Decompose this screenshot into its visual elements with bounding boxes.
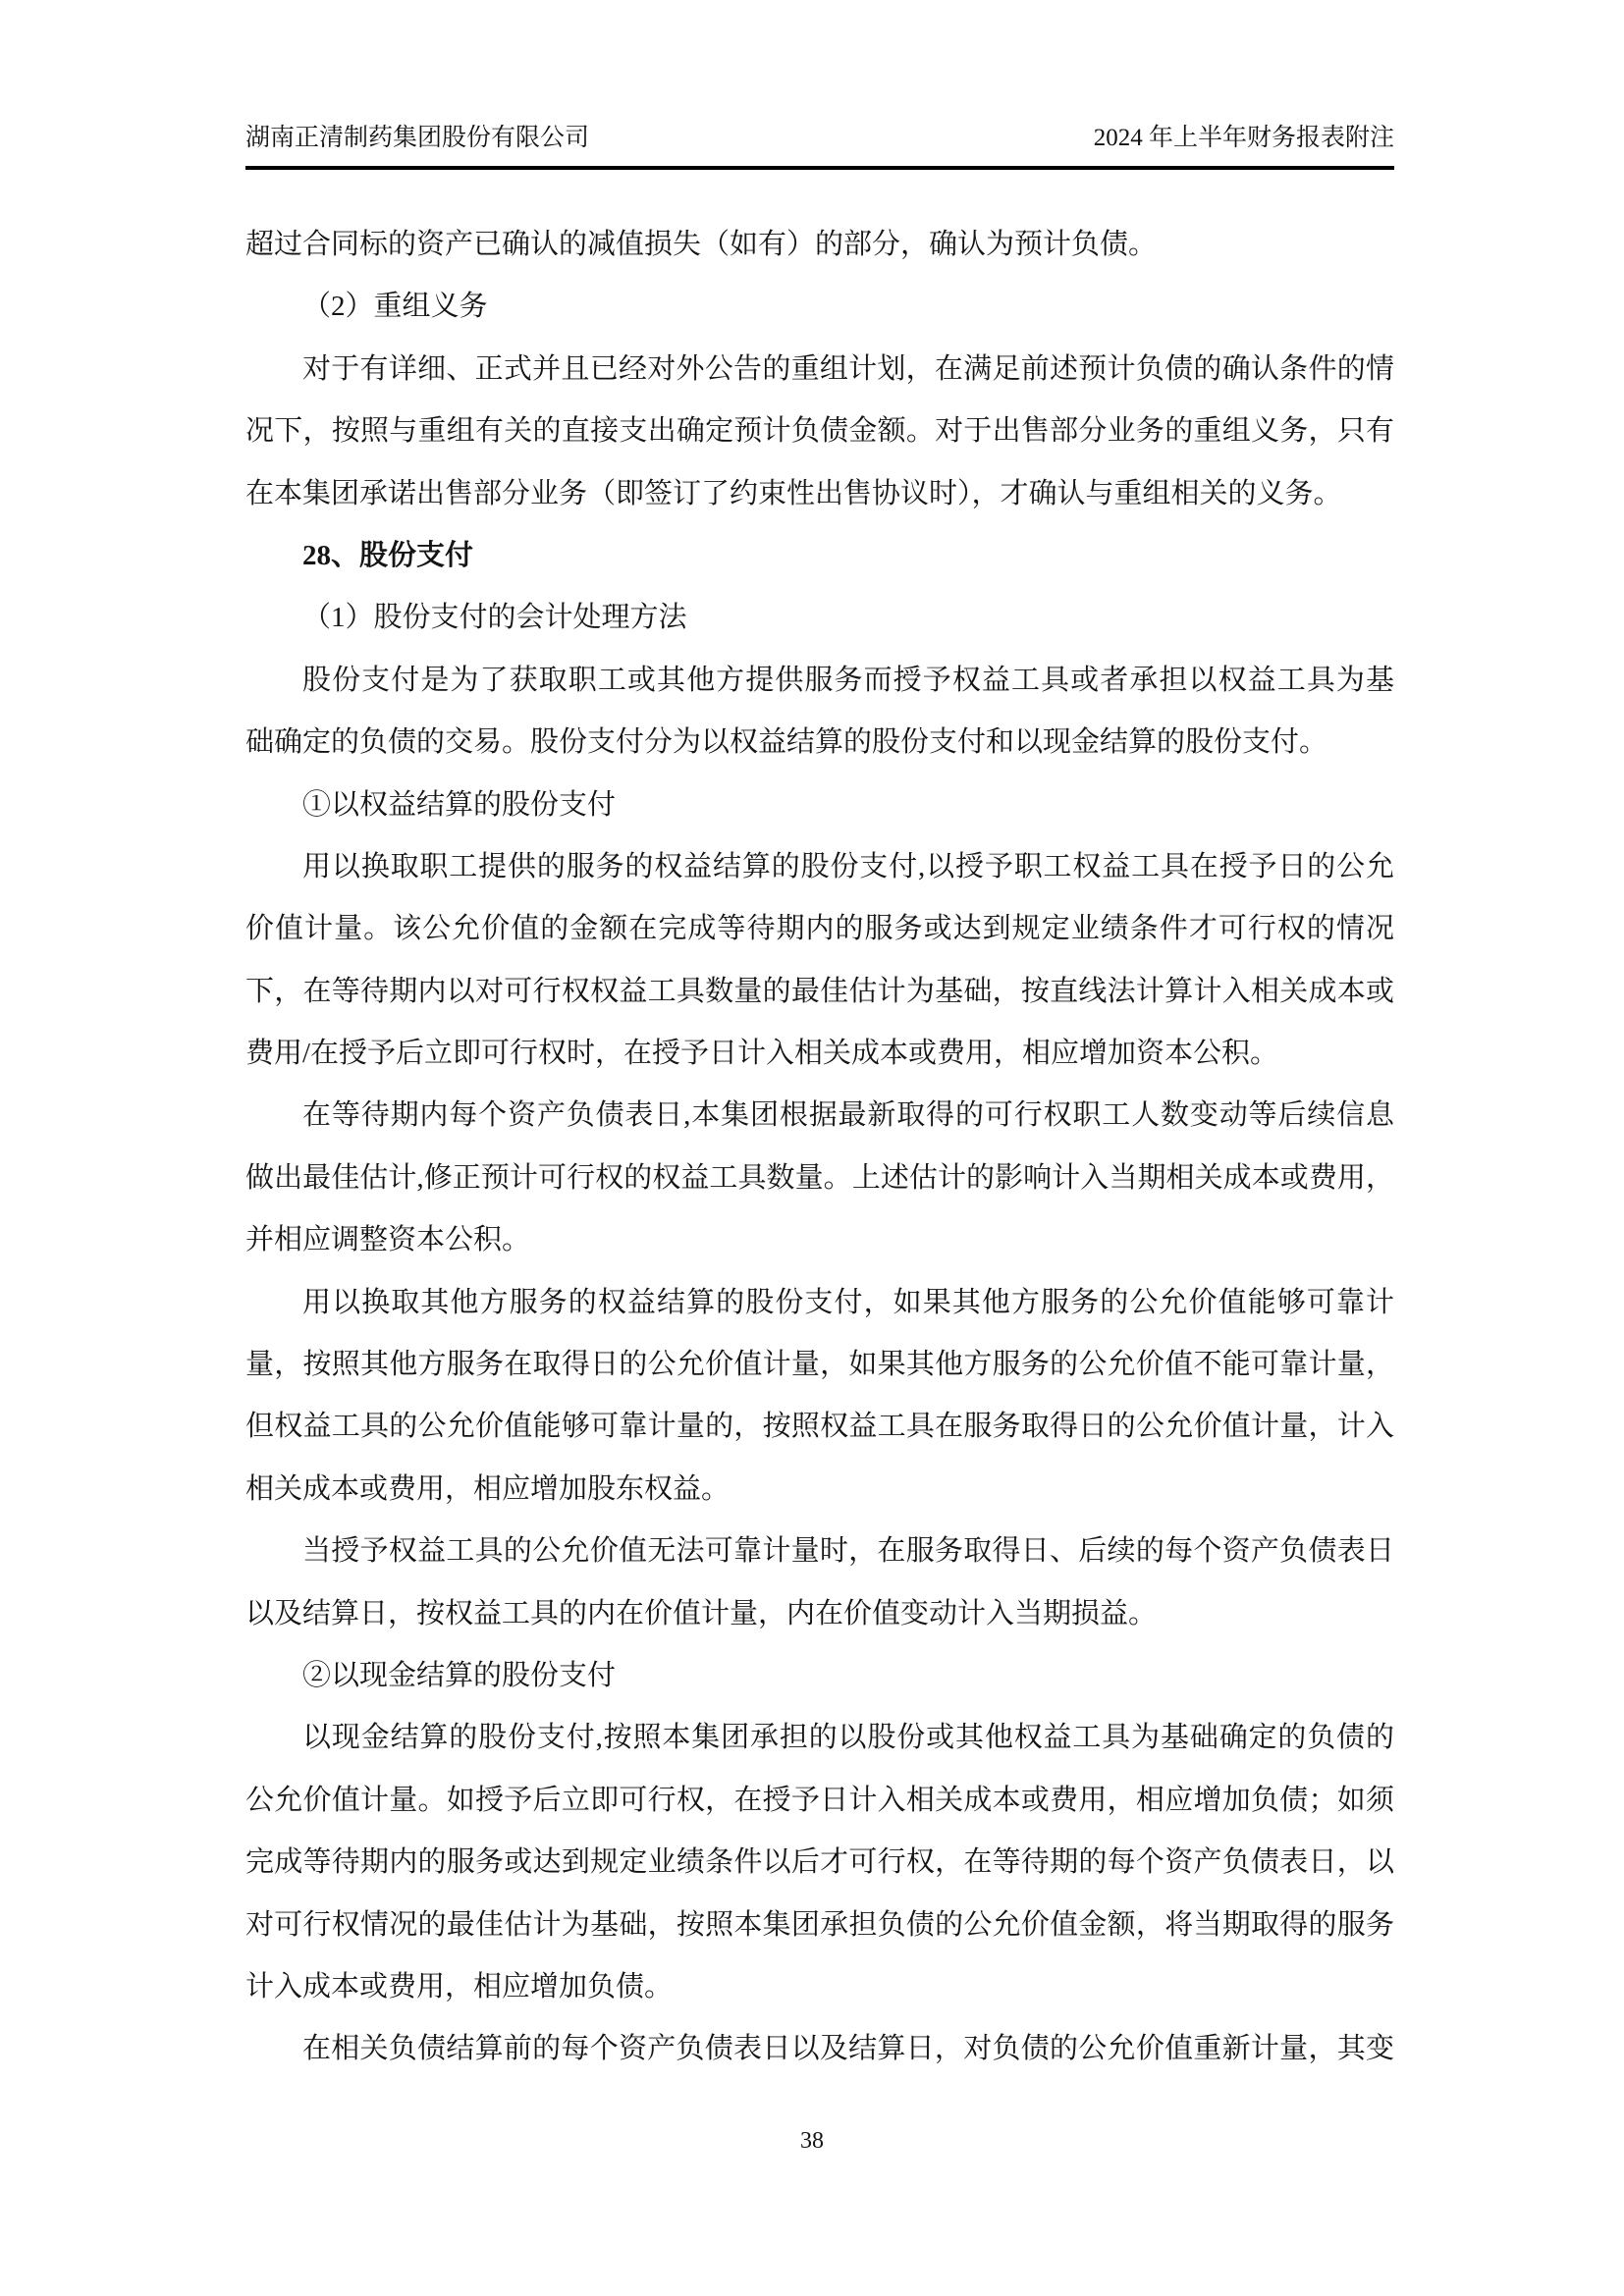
paragraph-line: 础确定的负债的交易。股份支付分为以权益结算的股份支付和以现金结算的股份支付。 (245, 712, 1394, 774)
paragraph-line: 在相关负债结算前的每个资产负债表日以及结算日，对负债的公允价值重新计量，其变 (245, 2018, 1394, 2080)
header-rule (245, 166, 1394, 170)
paragraph-line: 对于有详细、正式并且已经对外公告的重组计划，在满足前述预计负债的确认条件的情 (245, 339, 1394, 400)
paragraph-line: 用以换取职工提供的服务的权益结算的股份支付,以授予职工权益工具在授予日的公允 (245, 836, 1394, 898)
paragraph-line: 完成等待期内的服务或达到规定业绩条件以后才可行权，在等待期的每个资产负债表日，以 (245, 1832, 1394, 1894)
document-page: 湖南正清制药集团股份有限公司 2024 年上半年财务报表附注 超过合同标的资产已… (0, 0, 1624, 2296)
paragraph-line: 对可行权情况的最佳估计为基础，按照本集团承担负债的公允价值金额，将当期取得的服务 (245, 1895, 1394, 1956)
paragraph-line: 以现金结算的股份支付,按照本集团承担的以股份或其他权益工具为基础确定的负债的 (245, 1707, 1394, 1769)
paragraph-line: 公允价值计量。如授予后立即可行权，在授予日计入相关成本或费用，相应增加负债；如须 (245, 1770, 1394, 1832)
company-name: 湖南正清制药集团股份有限公司 (245, 122, 589, 155)
paragraph-line: 价值计量。该公允价值的金额在完成等待期内的服务或达到规定业绩条件才可行权的情况 (245, 898, 1394, 960)
paragraph-line: 下，在等待期内以对可行权权益工具数量的最佳估计为基础，按直线法计算计入相关成本或 (245, 961, 1394, 1023)
subsection-heading-1: （1）股份支付的会计处理方法 (245, 587, 1394, 649)
page-header: 湖南正清制药集团股份有限公司 2024 年上半年财务报表附注 (245, 122, 1394, 155)
paragraph-line: 计入成本或费用，相应增加负债。 (245, 1956, 1394, 2018)
paragraph-line: 相关成本或费用，相应增加股东权益。 (245, 1459, 1394, 1521)
report-title: 2024 年上半年财务报表附注 (1094, 122, 1394, 155)
paragraph-line: 用以换取其他方服务的权益结算的股份支付，如果其他方服务的公允价值能够可靠计 (245, 1272, 1394, 1334)
document-body: 超过合同标的资产已确认的减值损失（如有）的部分，确认为预计负债。 （2）重组义务… (245, 214, 1394, 2081)
paragraph-line: 股份支付是为了获取职工或其他方提供服务而授予权益工具或者承担以权益工具为基 (245, 650, 1394, 712)
paragraph-line: 以及结算日，按权益工具的内在价值计量，内在价值变动计入当期损益。 (245, 1583, 1394, 1645)
subsection-heading-2: （2）重组义务 (245, 276, 1394, 338)
paragraph-line: 在本集团承诺出售部分业务（即签订了约束性出售协议时），才确认与重组相关的义务。 (245, 463, 1394, 525)
paragraph-line: 当授予权益工具的公允价值无法可靠计量时，在服务取得日、后续的每个资产负债表日 (245, 1521, 1394, 1582)
paragraph-line: 并相应调整资本公积。 (245, 1209, 1394, 1271)
paragraph-line: 量，按照其他方服务在取得日的公允价值计量，如果其他方服务的公允价值不能可靠计量， (245, 1334, 1394, 1396)
page-footer: 38 (0, 2128, 1624, 2155)
page-number: 38 (800, 2128, 824, 2154)
paragraph-line: 况下，按照与重组有关的直接支出确定预计负债金额。对于出售部分业务的重组义务，只有 (245, 400, 1394, 462)
section-heading-28: 28、股份支付 (245, 525, 1394, 587)
list-item-heading-equity: ①以权益结算的股份支付 (245, 774, 1394, 836)
paragraph-line: 做出最佳估计,修正预计可行权的权益工具数量。上述估计的影响计入当期相关成本或费用… (245, 1148, 1394, 1209)
paragraph-line: 超过合同标的资产已确认的减值损失（如有）的部分，确认为预计负债。 (245, 214, 1394, 276)
paragraph-line: 费用/在授予后立即可行权时，在授予日计入相关成本或费用，相应增加资本公积。 (245, 1023, 1394, 1085)
paragraph-line: 在等待期内每个资产负债表日,本集团根据最新取得的可行权职工人数变动等后续信息 (245, 1085, 1394, 1147)
list-item-heading-cash: ②以现金结算的股份支付 (245, 1645, 1394, 1707)
paragraph-line: 但权益工具的公允价值能够可靠计量的，按照权益工具在服务取得日的公允价值计量，计入 (245, 1396, 1394, 1458)
